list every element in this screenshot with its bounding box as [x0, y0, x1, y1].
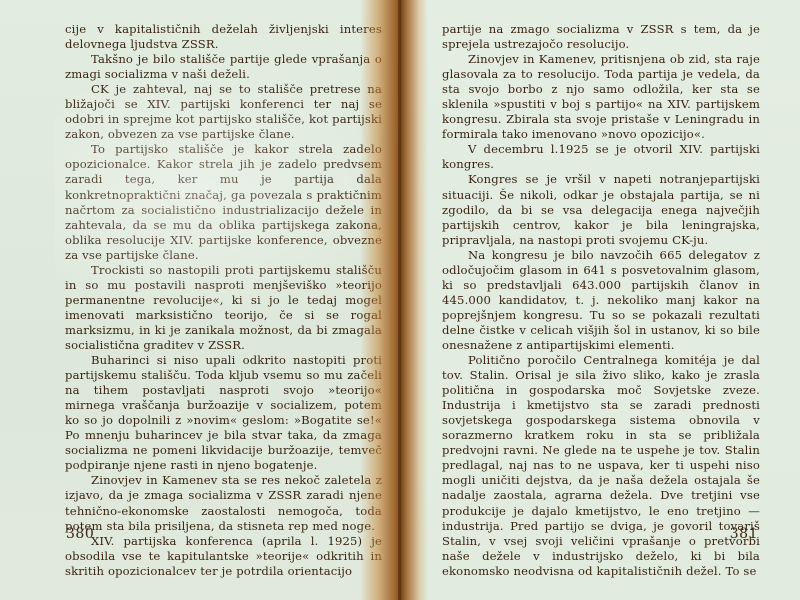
paragraph: cije v kapitalističnih deželah življenjs…: [65, 22, 382, 52]
paragraph: Kongres se je vršil v napeti notranjepar…: [442, 172, 760, 247]
right-page: partije na zmago socializma v ZSSR s tem…: [400, 0, 800, 600]
page-number: 380: [66, 526, 94, 542]
left-page-text: cije v kapitalističnih deželah življenjs…: [65, 22, 382, 579]
paragraph: CK je zahteval, naj se to stališče pretr…: [65, 82, 382, 142]
book-gutter: [398, 0, 401, 600]
paragraph: Na kongresu je bilo navzočih 665 delegat…: [442, 248, 760, 353]
paragraph: Trockisti so nastopili proti partijskemu…: [65, 263, 382, 353]
paragraph: Takšno je bilo stališče partije glede vp…: [65, 52, 382, 82]
book-spread: cije v kapitalističnih deželah življenjs…: [0, 0, 800, 600]
paragraph: Zinovjev in Kamenev, pritisnjena ob zid,…: [442, 52, 760, 142]
paragraph: To partijsko stališče je kakor strela za…: [65, 142, 382, 262]
gutter-burn: [360, 0, 400, 600]
page-number: 381: [730, 526, 758, 542]
right-page-text: partije na zmago socializma v ZSSR s tem…: [442, 22, 760, 579]
paragraph: V decembru l.1925 se je otvoril XIV. par…: [442, 142, 760, 172]
paragraph: XIV. partijska konferenca (aprila l. 192…: [65, 534, 382, 579]
paragraph: partije na zmago socializma v ZSSR s tem…: [442, 22, 760, 52]
gutter-burn: [400, 0, 428, 600]
paragraph: Zinovjev in Kamenev sta se res nekoč zal…: [65, 473, 382, 533]
left-page: cije v kapitalističnih deželah življenjs…: [0, 0, 400, 600]
paragraph: Politično poročilo Centralnega komitéja …: [442, 353, 760, 579]
paragraph: Buharinci si niso upali odkrito nastopit…: [65, 353, 382, 473]
